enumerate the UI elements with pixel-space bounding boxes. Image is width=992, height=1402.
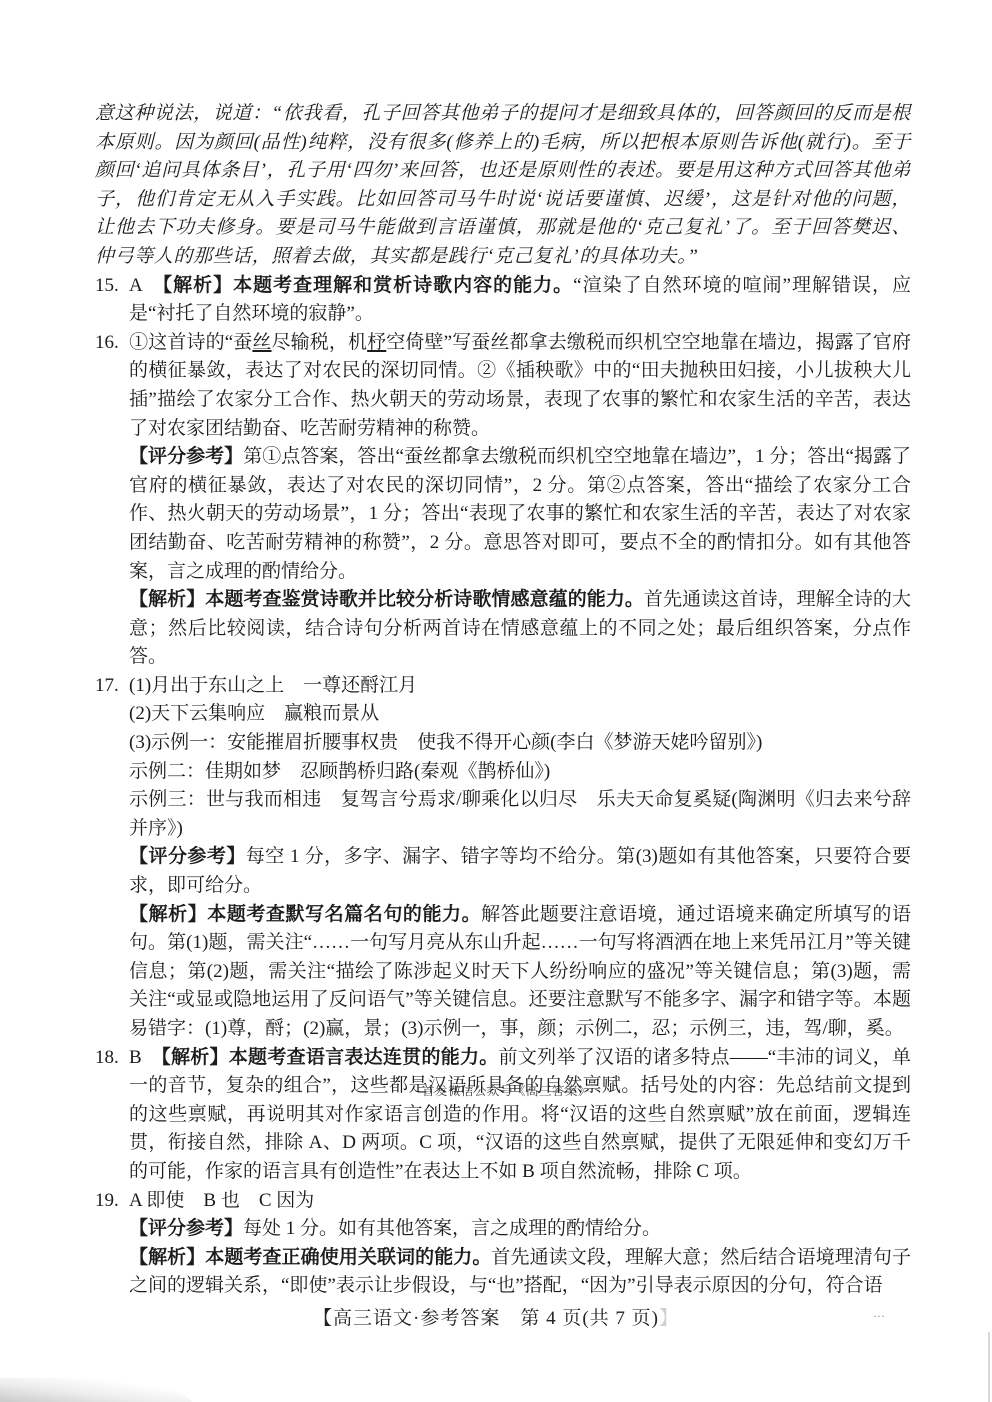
item-number: 17. xyxy=(95,672,129,701)
bold-label: 【解析】本题考查语言表达连贯的能力。 xyxy=(161,1047,498,1068)
scan-stray-dots: … xyxy=(873,1306,887,1321)
paragraph: (3)示例一：安能摧眉折腰事权贵 使我不得开心颜(李白《梦游天姥吟留别》) xyxy=(95,729,911,758)
item-number: 18. xyxy=(95,1044,129,1073)
scan-edge-line-artifact xyxy=(988,1332,990,1402)
bold-label: 【解析】本题考查正确使用关联词的能力。 xyxy=(129,1247,491,1268)
footer-text: 【高三语文·参考答案 第 4 页(共 7 页) xyxy=(313,1308,659,1329)
text-run: 示例三：世与我而相违 复驾言兮焉求/聊乘化以归尽 乐夫天命复奚疑(陶渊明《归去来… xyxy=(129,789,911,839)
paragraph: 【解析】本题考查正确使用关联词的能力。首先通读文段，理解大意；然后结合语境理清句… xyxy=(95,1244,911,1301)
item-number: 15. xyxy=(95,272,129,301)
scanned-answer-page: 意这种说法，说道：“依我看，孔子回答其他弟子的提问才是细致具体的，回答颜回的反而… xyxy=(0,0,992,1402)
text-run: 尽输税，机 xyxy=(272,332,368,353)
page-footer: 【高三语文·参考答案 第 4 页(共 7 页)】 xyxy=(0,1303,992,1330)
item-number: 19. xyxy=(95,1187,129,1216)
document-body: 意这种说法，说道：“依我看，孔子回答其他弟子的提问才是细致具体的，回答颜回的反而… xyxy=(95,100,911,1301)
item-number: 16. xyxy=(95,329,129,358)
bold-label: 【解析】本题考查鉴赏诗歌并比较分析诗歌情感意蕴的能力。 xyxy=(129,589,644,610)
bold-label: 【解析】本题考查默写名篇名句的能力。 xyxy=(129,904,481,925)
answer-item: 19.A 即使 B 也 C 因为 xyxy=(95,1187,911,1216)
paragraph: 意这种说法，说道：“依我看，孔子回答其他弟子的提问才是细致具体的，回答颜回的反而… xyxy=(95,100,911,272)
paragraph: 【评分参考】第①点答案，答出“蚕丝都拿去缴税而织机空空地靠在墙边”，1 分；答出… xyxy=(95,443,911,586)
paragraph: 示例二：佳期如梦 忍顾鹊桥归路(秦观《鹊桥仙》) xyxy=(95,758,911,787)
watermark-text: 首发微信公众号《高三答案》 xyxy=(422,1084,591,1097)
answer-item: 17.(1)月出于东山之上 一尊还酹江月 xyxy=(95,672,911,701)
paragraph: 【评分参考】每空 1 分，多字、漏字、错字等均不给分。第(3)题如有其他答案，只… xyxy=(95,843,911,900)
footer-faint-bracket: 】 xyxy=(659,1308,679,1329)
text-run: B xyxy=(129,1047,161,1068)
text-run: 丝 xyxy=(252,332,271,353)
bold-label: 【评分参考】 xyxy=(129,846,246,867)
text-run: ①这首诗的“蚕 xyxy=(129,332,252,353)
paragraph: 【解析】本题考查鉴赏诗歌并比较分析诗歌情感意蕴的能力。首先通读这首诗，理解全诗的… xyxy=(95,586,911,672)
text-run: A 即使 B 也 C 因为 xyxy=(129,1190,314,1211)
paragraph: 【评分参考】每处 1 分。如有其他答案，言之成理的酌情给分。 xyxy=(95,1215,911,1244)
answer-item: 15.A 【解析】本题考查理解和赏析诗歌内容的能力。“渲染了自然环境的喧闹”理解… xyxy=(95,272,911,329)
bold-label: 【评分参考】 xyxy=(129,446,243,467)
text-run: 第①点答案，答出“蚕丝都拿去缴税而织机空空地靠在墙边”，1 分；答出“揭露了官府… xyxy=(129,446,911,581)
text-run: A xyxy=(129,275,163,296)
scan-corner-shadow-artifact xyxy=(0,1378,192,1402)
bold-label: 【解析】本题考查理解和赏析诗歌内容的能力。 xyxy=(163,275,573,296)
paragraph: 示例三：世与我而相违 复驾言兮焉求/聊乘化以归尽 乐夫天命复奚疑(陶渊明《归去来… xyxy=(95,786,911,843)
paragraph: (2)天下云集响应 赢粮而景从 xyxy=(95,700,911,729)
text-run: 示例二：佳期如梦 忍顾鹊桥归路(秦观《鹊桥仙》) xyxy=(129,761,550,782)
text-run: 意这种说法，说道：“依我看，孔子回答其他弟子的提问才是细致具体的，回答颜回的反而… xyxy=(95,103,911,267)
answer-item: 18.B 【解析】本题考查语言表达连贯的能力。前文列举了汉语的诸多特点——“丰沛… xyxy=(95,1044,911,1187)
paragraph: 【解析】本题考查默写名篇名句的能力。解答此题要注意语境，通过语境来确定所填写的语… xyxy=(95,901,911,1044)
text-run: (3)示例一：安能摧眉折腰事权贵 使我不得开心颜(李白《梦游天姥吟留别》) xyxy=(129,732,762,753)
text-run: (2)天下云集响应 赢粮而景从 xyxy=(129,703,379,724)
text-run: 每空 1 分，多字、漏字、错字等均不给分。第(3)题如有其他答案，只要符合要求，… xyxy=(129,846,911,896)
text-run: 每处 1 分。如有其他答案，言之成理的酌情给分。 xyxy=(243,1218,661,1239)
answer-item: 16.①这首诗的“蚕丝尽输税，机杼空倚壁”写蚕丝都拿去缴税而织机空空地靠在墙边，… xyxy=(95,329,911,443)
bold-label: 【评分参考】 xyxy=(129,1218,243,1239)
text-run: 杼 xyxy=(367,332,386,353)
text-run: (1)月出于东山之上 一尊还酹江月 xyxy=(129,675,417,696)
